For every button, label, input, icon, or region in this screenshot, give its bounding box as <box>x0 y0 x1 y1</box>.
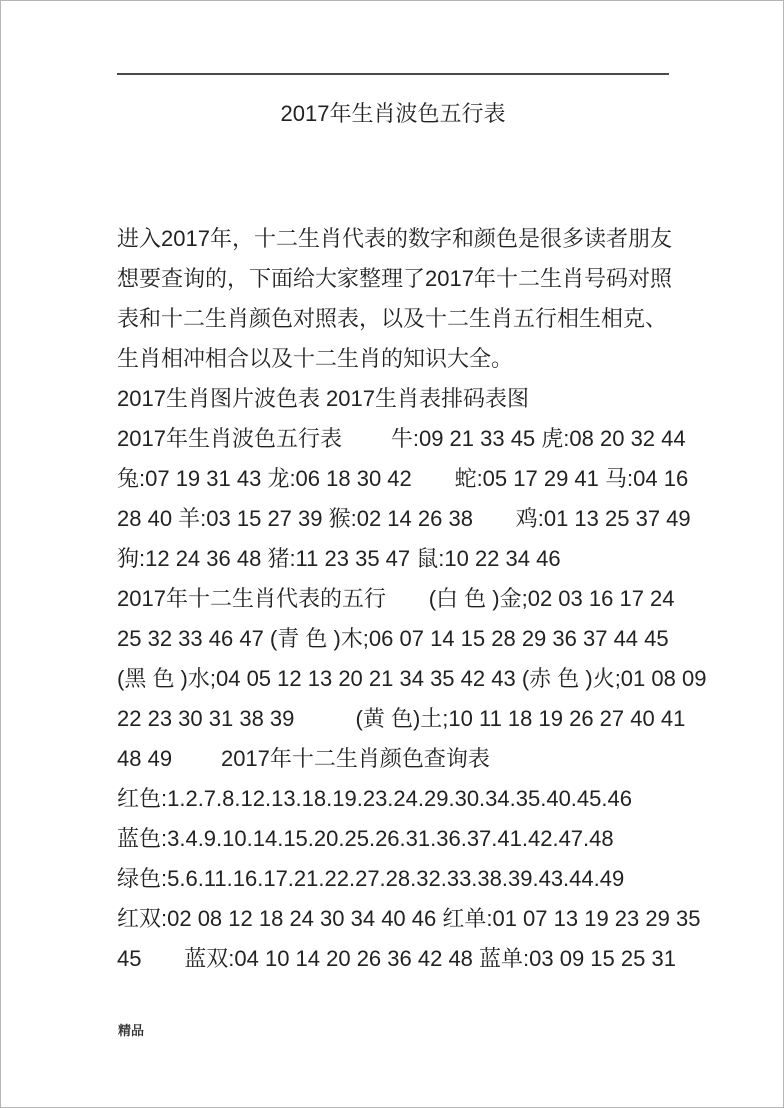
text-line: 28 40 羊:03 15 27 39 猴:02 14 26 38 鸡:01 1… <box>117 499 677 539</box>
text-line: (黑 色 )水;04 05 12 13 20 21 34 35 42 43 (赤… <box>117 659 677 699</box>
text-line: 生肖相冲相合以及十二生肖的知识大全。 <box>117 339 677 379</box>
text-line: 25 32 33 46 47 (青 色 )木;06 07 14 15 28 29… <box>117 619 677 659</box>
text-line: 红色:1.2.7.8.12.13.18.19.23.24.29.30.34.35… <box>117 779 677 819</box>
text-line: 2017生肖图片波色表 2017生肖表排码表图 <box>117 379 677 419</box>
document-page: 2017年生肖波色五行表 进入2017年，十二生肖代表的数字和颜色是很多读者朋友… <box>0 0 784 1108</box>
text-line: 进入2017年，十二生肖代表的数字和颜色是很多读者朋友 <box>117 219 677 259</box>
document-body: 进入2017年，十二生肖代表的数字和颜色是很多读者朋友想要查询的，下面给大家整理… <box>117 219 677 979</box>
document-title: 2017年生肖波色五行表 <box>117 99 669 129</box>
text-line: 2017年生肖波色五行表 牛:09 21 33 45 虎:08 20 32 44 <box>117 419 677 459</box>
text-line: 2017年十二生肖代表的五行 (白 色 )金;02 03 16 17 24 <box>117 579 677 619</box>
text-line: 兔:07 19 31 43 龙:06 18 30 42 蛇:05 17 29 4… <box>117 459 677 499</box>
page-footer-label: 精品 <box>118 1020 144 1039</box>
text-line: 想要查询的，下面给大家整理了2017年十二生肖号码对照 <box>117 259 677 299</box>
text-line: 绿色:5.6.11.16.17.21.22.27.28.32.33.38.39.… <box>117 859 677 899</box>
header-rule <box>117 73 669 75</box>
text-line: 红双:02 08 12 18 24 30 34 40 46 红单:01 07 1… <box>117 899 677 939</box>
text-line: 表和十二生肖颜色对照表，以及十二生肖五行相生相克、 <box>117 299 677 339</box>
text-line: 45 蓝双:04 10 14 20 26 36 42 48 蓝单:03 09 1… <box>117 939 677 979</box>
text-line: 狗:12 24 36 48 猪:11 23 35 47 鼠:10 22 34 4… <box>117 539 677 579</box>
text-line: 22 23 30 31 38 39 (黄 色)土;10 11 18 19 26 … <box>117 699 677 739</box>
text-line: 蓝色:3.4.9.10.14.15.20.25.26.31.36.37.41.4… <box>117 819 677 859</box>
text-line: 48 49 2017年十二生肖颜色查询表 <box>117 739 677 779</box>
